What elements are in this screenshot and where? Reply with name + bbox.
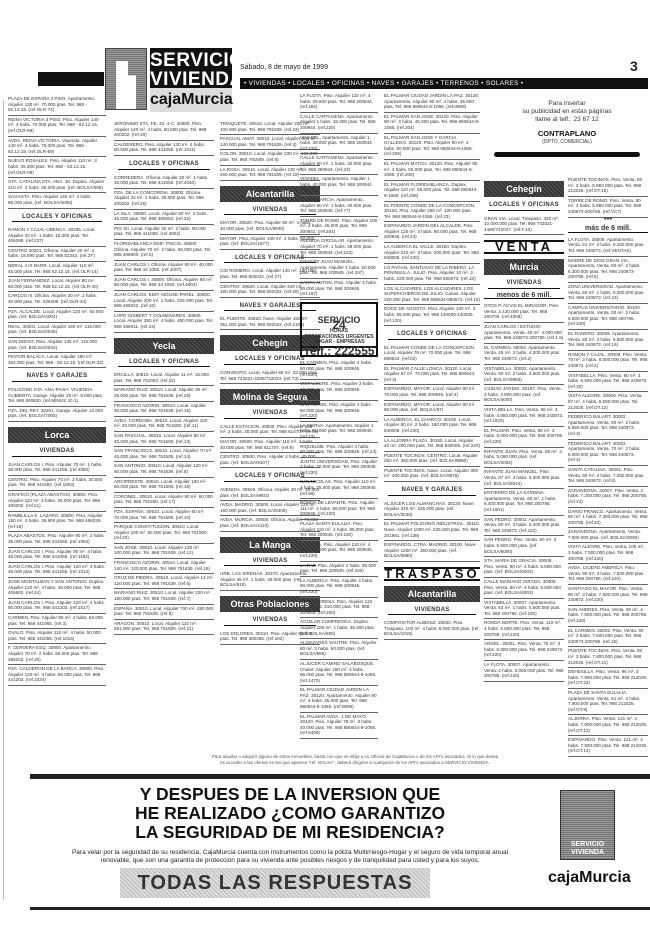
classified-ad: OVALO. Piso. Alquiler 110 m². 4 habs. 50… [8, 629, 106, 644]
classified-ad: AVENIDA CIRCULAR. Apartamento. Alquiler … [300, 237, 378, 258]
classified-ad: JERONIMO STA. FE, 43, 4-C. 30800. Piso. … [114, 120, 214, 141]
classified-ad: AVDA. REINA VICTORIA. Vivienda. Alquiler… [8, 137, 106, 158]
classified-ad: RAMON Y CAJAL-UBENCA. 30205. Local. Alqu… [8, 226, 106, 247]
classified-ad: ALGEZARES SAUTRE. Piso. Alquiler 80 m². … [300, 639, 378, 660]
classified-ad: ESPINARDO. CTRA. MADRID. 30100. Nave. Al… [384, 541, 480, 562]
classified-ad: NUEVO ROSALES. Piso. Alquiler 110 m². 3 … [8, 157, 106, 178]
classified-ad: RONDA DE LEVANTE. Piso. Alquiler 111 m².… [300, 499, 378, 520]
section-header: VIVIENDAS [388, 608, 476, 616]
classified-ad: PZA. DE LA CONCORDIA. 30800. Oficina. Al… [114, 189, 214, 210]
slogan-banner: TODAS LAS RESPUESTAS [120, 868, 430, 898]
classified-ad: LA FLOTA. Piso. Alquiler 110 m². 4 habs.… [300, 541, 378, 562]
classified-ad: VISTABELLA. 30002. Apartamento. Venta. 6… [484, 365, 564, 386]
classified-ad: ESPAÑA. 30510. Local. Alquiler 700 m². 2… [114, 605, 214, 620]
classified-ad: INFANTE JUAN. Piso. Venta. 80 m². 3 habs… [484, 448, 564, 469]
town-banner: Murcia [484, 259, 564, 275]
classified-ad: EL PALMAR SAN JOSE. 30120. Piso. Alquile… [384, 113, 480, 134]
classified-ad: SAN NICOLAS. Piso. Alquiler 110 m². 4 ha… [300, 478, 378, 499]
column-6: Cehegín LOCALES Y OFICINAS GRAN VIA. Loc… [484, 176, 564, 682]
classified-ad: VISTA ALEGRE. 30009. Piso. Venta. 87 m².… [568, 392, 648, 413]
classified-ad: ESPINARDO. MAYOR. Local. Alquiler 90 m².… [384, 385, 480, 400]
classified-ad: AVDA. CIUDAD AMERICA. Piso. Venta. 90 m²… [568, 564, 648, 585]
classified-ad: ENTIERRO DE LA SARDINA. Apartamento. Ven… [484, 489, 564, 515]
brush-divider [494, 152, 640, 157]
ads-group: RAMON Y CAJAL-UBENCA. 30205. Local. Alqu… [8, 226, 106, 368]
promo-phone: llame al telf.: 23 67 12 [484, 116, 650, 124]
classified-ad: F. CERVERA ESQ. 30800. Apartamento. Alqu… [8, 644, 106, 665]
section-header: VIVIENDAS [488, 281, 560, 289]
classified-ad: CORREDERA. Oficina. Alquiler 20 m². 1 ha… [114, 174, 214, 189]
section-header: LOCALES Y OFICINAS [118, 360, 210, 368]
classified-ad: EL CARMEN. 30002. Piso. Venta. 90 m². 3 … [568, 627, 648, 648]
classified-ad: EL CARMEN. 30002. Apartamento. Venta. 45… [484, 344, 564, 365]
classified-ad: VISTA BELLA. Piso. Venta. 60 m². 3 habs.… [484, 406, 564, 427]
classified-ad: MARIANO RUIZ. 30510. Local. Alquiler 220… [114, 589, 214, 604]
column-2: JERONIMO STA. FE, 43, 4-C. 30800. Piso. … [114, 120, 214, 635]
cajamurcia-brand: cajaMurcia [548, 869, 631, 887]
classified-ad: LO PAGAN. SANTIAGO DE LA RIBERA. LA PENI… [384, 264, 480, 285]
classified-ad: EL PALMAR AVDA. 1 DE MAYO. 30120. Piso. … [300, 713, 378, 739]
classified-ad: VISTABELLA. 30007. Apartamento. Venta. 6… [484, 599, 564, 620]
ads-group: COMPOSITOR ALBENIZ. 30820. Piso. Traspas… [384, 619, 480, 640]
classified-ad: SAN JOSE. 30510. Local. Alquiler 120 m².… [114, 544, 214, 559]
classified-ad: SAN ANDRES. Piso. Venta. 90 m². 4 habs. … [568, 606, 648, 627]
column-5: EL PALMAR CIUDAD JARDIN LA PAZ. 30120. A… [384, 92, 480, 640]
page-margin-line [3, 100, 4, 900]
classified-ad: JUAN CARLOS I. Piso. Alquiler 120 m². 4 … [8, 599, 106, 614]
subsection-header: menos de 6 mill. [484, 293, 564, 300]
classified-ad: SANTA ANTON. Piso. Alquiler 3 habs. 50.0… [300, 279, 378, 300]
classified-ad: CARMEN. Piso. Alquiler 90 m². 4 habs. 50… [8, 614, 106, 629]
classified-ad: FEDERICO BALART. 30002. Apartamento. Ven… [568, 440, 648, 466]
servicio-vivienda-small-logo: SERVICIOVIVIENDA [560, 790, 615, 860]
classified-ad: LA ALBERCA EL VALLE. 30150. Duplex. Alqu… [384, 243, 480, 264]
classified-ad: INFANTE JUAN MANUEL. Apartamento. Alquil… [300, 258, 378, 279]
ads-group: LA FLOTA. 30009. Apartamento. Venta. 61 … [568, 236, 648, 757]
classified-ad: EL PALMAR SAN JOSE Y GARCIA GALLEGO. 301… [384, 134, 480, 160]
classified-ad: EL RANERO. 30009. Apartamento. Venta. 60… [568, 330, 648, 351]
page-number: 3 [630, 58, 638, 74]
classified-ad: LOPE GISBERT Y COLMENARES. 30800. Local.… [114, 312, 214, 333]
classified-ad: CENTRO 30201. Oficina. Alquiler 20 m². 2… [8, 247, 106, 262]
headline-line-1: Y DESPUES DE LA INVERSION QUE [100, 785, 480, 804]
classified-ad: RIQUELME. Piso. Alquiler 3 habs. 60.000 … [300, 443, 378, 458]
classified-ad: ALJUCER CAMINO SALABOSQUE. Chalet. Alqui… [300, 660, 378, 686]
classified-ad: JUAN CARLOS I. Oficina. Alquiler 60 m². … [114, 261, 214, 276]
classified-ad: VINADEL. Apartamento. Alquiler 1 habs. 3… [300, 134, 378, 155]
separator: *** [568, 218, 648, 224]
classified-ad: CALDERERO. Piso. Alquiler 130 m². 4 habs… [114, 141, 214, 156]
classified-ad: LA ALBERCA. Piso. Alquiler 4 habs. 90.00… [300, 577, 378, 598]
classified-ad: LA ALBERCA. EL CHARCO. 30150. Local. Alq… [384, 416, 480, 437]
classified-ad: DARIO FRANCO. Apartamento. Venta. 50 m².… [568, 508, 648, 529]
ad-body: Para velar por la seguridad de su reside… [30, 849, 550, 865]
classified-ad: PLAZA DE ESPAÑA 3 PISO. Apartamento. Alq… [8, 95, 106, 116]
classified-ad: LA FLOTA. Piso. Alquiler 110 m². 4 habs.… [300, 92, 378, 113]
small-logo-line-2: VIVIENDA [561, 849, 614, 857]
classified-ad: PARQUE CONSTITUCION. 30510. Local. Alqui… [114, 523, 214, 544]
classified-ad: POLIGONO STA. ANA-PAVIA. VIVIENDA CUBIER… [8, 386, 106, 407]
classified-ad: DEHESILLA. Piso. Venta. 96 m². 3 habs. 7… [568, 668, 648, 689]
section-header: LOCALES Y OFICINAS [118, 162, 210, 170]
classified-ad: PZA. ALCALDE. Local. Alquiler 120 m². 60… [8, 308, 106, 323]
classified-ad: PLAZA ABASTOS. Piso. Alquiler 90 m². 2 h… [8, 532, 106, 547]
classified-ad: EL PALMAR FLORIDABLANCA. Duplex. Alquile… [384, 181, 480, 202]
classified-ad: NERAL 4 IX BARR. Local. Alquiler 110 m².… [8, 262, 106, 277]
classified-ad: EL CARMEN. Piso. Alquiler 4 habs. 60.000… [300, 359, 378, 380]
section-header: VIVIENDAS [12, 449, 102, 457]
classified-ad: CORONEL. 30510. Local. Alquiler 80 m². 6… [114, 493, 214, 508]
classified-ad: EL PALMAR CIUDAD JARDIN LA PAZ. 30120. A… [384, 92, 480, 113]
ads-group: LO PAGAN. SANTIAGO DE LA RIBERA. LA PENI… [384, 264, 480, 326]
section-header: NAVES Y GARAJES [388, 488, 476, 496]
classified-ad: INFANTE JUAN MANUEL. Piso. Venta. 87 m².… [484, 468, 564, 489]
classified-ad: ARAGON. 30510. Local. Alquiler 110 m². 2… [114, 620, 214, 635]
classified-ad: FLORIDABLANCA EDIF. PISCIS. 30800. Ofici… [114, 240, 214, 261]
classified-ad: CAMPUS UNIVERSITARIO. 30100. Apartamento… [568, 304, 648, 330]
ads-group: ALJUCER LOS ALMANCHAS. 30120. Nave. Alqu… [384, 500, 480, 562]
footer-note-line-2: es acceder a las ofertas en las que apar… [60, 760, 650, 766]
promo-dept: (DPTO. COMERCIAL) [484, 138, 650, 146]
ads-group: LA FLOTA. Piso. Alquiler 110 m². 4 habs.… [300, 92, 378, 300]
classified-ad: CENTRO. Piso. Alquiler 70 m². 2 habs. 30… [8, 476, 106, 491]
classified-ad: PINTOR BALACA. Local. Alquiler 180 m². 3… [8, 353, 106, 368]
category-bar: • VIVIENDAS • LOCALES • OFICINAS • NAVES… [240, 78, 648, 89]
classified-ad: ALJUCER LOS ALMANCHAS. 30120. Nave. Alqu… [384, 500, 480, 521]
promo-company: CONTRAPLANO [484, 130, 650, 138]
classified-ad: VINADEL. Apartamento. Alquiler 1 habs. 4… [300, 175, 378, 196]
classified-ad: JUNTO UNIVERSIDAD. Piso. Alquiler 3 habs… [300, 458, 378, 479]
section-header: LOCALES Y OFICINAS [388, 332, 476, 340]
house-logo-icon [105, 48, 147, 110]
classified-ad: JUAN CARLOS I ESTUDIO. Apartamento. Vent… [484, 323, 564, 344]
body-line-2: renovable, que son una garantía de prote… [30, 857, 550, 865]
classified-ad: PUENTE TOCINOS. Piso. Venta. 90 m². 3 ha… [568, 647, 648, 668]
classified-ad: CRUZ DE PIEDRA. 30510. Local. Alquiler 1… [114, 574, 214, 589]
classified-ad: PUENTE TOCINOS. CENTRO. Local. Alquiler … [384, 452, 480, 467]
ads-group: POLIGONO STA. ANA-PAVIA. VIVIENDA CUBIER… [8, 386, 106, 422]
bottom-rule [30, 907, 650, 910]
ads-group: JUAN CARLOS I. Piso. Alquiler 70 m². 1 h… [8, 461, 106, 686]
classified-ad: JUAN CARLOS I. Piso. Alquiler 90 m². 4 h… [8, 548, 106, 563]
classified-ad: EL PALMAR CIUDAD JARDIN LA PAZ. 30120. A… [300, 686, 378, 712]
logo-title-line2: VIVIENDA [150, 70, 232, 89]
classified-ad: CALLE CARTAGENA. Apartamento. Alquiler 1… [300, 113, 378, 134]
classified-ad: ESPINARDO. MAYOR. Local. Alquiler 90 m².… [384, 401, 480, 416]
classified-ad: GRAFICO (PLAZA ABASTOS). 30800. Piso. Al… [8, 491, 106, 512]
classified-ad: FEDERICO BALART. 30002. Apartamento. Ven… [568, 413, 648, 439]
classified-ad: SAN PASCUAL. 30510. Local. Alquiler 60 m… [114, 432, 214, 447]
classified-ad: SANTA TERESA. Piso. Alquiler 122 m². 4 h… [300, 598, 378, 619]
classified-ad: CARLOS III. Oficina. Alquiler 20 m². 2 h… [8, 292, 106, 307]
classified-ad: ZONA UNIVERSIDAD. Apartamento. Venta. 50… [568, 283, 648, 304]
classified-ad: EL PALMAR CONDE DE LA CONCEPCION. Local.… [384, 344, 480, 365]
classified-ad: EL PALMAR CALLE LONCA. 30120. Local. Alq… [384, 365, 480, 386]
classified-ad: TORRE DE ROMO. Piso. Alquiler 100 m². 4 … [300, 217, 378, 238]
promo-line-2: su publicidad en estas páginas [484, 108, 650, 116]
classified-ad: COMPOSITOR ALBENIZ. 30820. Piso. Traspas… [384, 619, 480, 640]
classified-ad: ESPINARDO JARDIN DEL ALCALDE. Piso. Alqu… [384, 222, 480, 243]
classified-ad: LA CIERVA. Apartamento. Alquiler 1 habs.… [300, 422, 378, 443]
classified-ad: FRANCISCO AZORIN. 30510. Local. Alquiler… [114, 559, 214, 574]
ad-headline: Y DESPUES DE LA INVERSION QUE HE REALIZA… [100, 785, 480, 842]
section-header: LOCALES Y OFICINAS [12, 215, 102, 223]
classified-ad: REAL. 30201. Local. Alquiler 190 m². 115… [8, 323, 106, 338]
classified-ad: JUAN CARLOS I. 30800. Oficina. Alquiler … [114, 276, 214, 291]
headline-line-2: HE REALIZADO ¿COMO GARANTIZO [100, 804, 480, 823]
classified-ad: LA ALJORRA PLAZA. 30150. Local. Alquiler… [384, 437, 480, 452]
column-1: PLAZA DE ESPAÑA 3 PISO. Apartamento. Alq… [8, 95, 106, 686]
ads-group: EL PALMAR CIUDAD JARDIN LA PAZ. 30120. A… [384, 92, 480, 264]
venta-header: VENTA [484, 240, 564, 254]
classified-ad: PUENTE TOCINOS. Piso. Venta. 80 m². 3 ha… [568, 176, 648, 197]
classified-ad: REINA VICTORIA 3 PISO. Piso. Alquiler 14… [8, 116, 106, 137]
classified-ad: PUENTE TOCINOS. Nave. Local. Alquiler 30… [384, 467, 480, 482]
classified-ad: ZARANDONA. 30007. Piso. Venta. 4 habs. 7… [568, 487, 648, 508]
classified-ad: LA ISLA. 30800. Local. Alquiler 50 m². 2… [114, 210, 214, 225]
classified-ad: LA PAZ. Piso. Alquiler 4 habs. 90.000 pt… [300, 562, 378, 577]
classified-ad: OTOS P. ACVIS EL MIRADOR. Piso. Venta. 3… [484, 302, 564, 323]
classified-ad: PLAZA DE SANTA EULALIA. Apartamento. Ven… [568, 689, 648, 715]
issue-date: Sábado, 8 de mayo de 1999 [240, 64, 328, 71]
classified-ad: ARCIPRESTE. 30510. Local. Alquiler 100 m… [114, 478, 214, 493]
classified-ad: LA FLOTA. 30009. Apartamento. Venta. 61 … [568, 236, 648, 257]
divider-rule [30, 774, 650, 779]
classified-ad: EL PALMAR POLIGONO INDUSTRIAL. 30110. Na… [384, 520, 480, 541]
classified-ad: PLAZA SANTA EULALIA. Piso. Alquiler 110 … [300, 520, 378, 541]
classified-ad: PZA. DEL REY. 30201. Garaje. Alquiler 12… [8, 407, 106, 422]
classified-ad: SAN FRANCISCO. 30510. Local. Alquiler 70… [114, 447, 214, 462]
column-4: LA FLOTA. Piso. Alquiler 110 m². 4 habs.… [300, 92, 378, 739]
classified-ad: SAN PEDRO. Piso. Venta. 80 m². 3 habs. 5… [484, 536, 564, 557]
repair-service-ad: SERVICIO 24 HORAS REPARACIONES URGENTES … [300, 302, 378, 358]
classified-ad: DOCE DE AGOSTO. Piso. Alquiler 100 m². 3… [384, 305, 480, 326]
classified-ad: SIMON GARCIA. Apartamento. Alquiler 80 m… [300, 196, 378, 217]
ads-group: EL PALMAR CONDE DE LA CONCEPCION. Local.… [384, 344, 480, 482]
classified-ad: TORRE DE ROMO. Piso. Venta. 90 m². 3 hab… [568, 197, 648, 218]
classified-ad: EL PALMAR MATCH. 30120. Piso. Alquiler 9… [384, 160, 480, 181]
cajamurcia-logo: cajaMurcia [150, 88, 232, 112]
ads-group: PLAZA DE ESPAÑA 3 PISO. Apartamento. Alq… [8, 95, 106, 209]
section-header: NAVES Y GARAJES [12, 374, 102, 382]
classified-ad: SAGASTA. Piso. Alquiler 145 m². 4 habs. … [8, 193, 106, 208]
subsection-header: más de 6 mill. [568, 226, 648, 233]
masthead-bar [38, 72, 104, 86]
town-banner: Yecla [114, 338, 214, 354]
classified-ad: EL PALMAR. Piso. Venta. 95 m². 3 habs. 5… [484, 427, 564, 448]
classified-ad: ZARANDONA. Apartamento. Venta. 7.500.000… [568, 528, 648, 543]
classified-ad: SAN PEDRO. 30002. Apartamento. Venta. 80… [484, 516, 564, 537]
classified-ad: STA. MARIA DE GRACIA. 30009. Piso. Venta… [484, 557, 564, 578]
town-banner: Lorca [8, 427, 106, 443]
classified-ad: GRAN VIA. Local. Traspaso. 320 m². 10.00… [484, 215, 564, 236]
classified-ad: RAMON Y CAJAL. 30009. Piso. Venta. 70 m²… [568, 351, 648, 372]
ads-group: GRAN VIA. Local. Traspaso. 320 m². 10.00… [484, 215, 564, 236]
classified-ad: RAMBLILLA S. LAZARO. 30800. Piso. Alquil… [8, 512, 106, 533]
ads-group: OTOS P. ACVIS EL MIRADOR. Piso. Venta. 3… [484, 302, 564, 682]
headline-line-3: LA SEGURIDAD DE MI RESIDENCIA? [100, 823, 480, 842]
classified-ad: CALLE MARIANO GIRADA. 30009. Piso. Venta… [484, 578, 564, 599]
classified-ad: AGUILAR CUMPRENCA. Duplex. Alquiler 180 … [300, 618, 378, 639]
small-logo-line-1: SERVICIO [561, 841, 614, 849]
traspaso-header: TRASPASO [384, 567, 480, 581]
classified-ad: MADRE DE DIOS GRAN VIA. Apartamento. Ven… [568, 257, 648, 283]
column-7: PUENTE TOCINOS. Piso. Venta. 80 m². 3 ha… [568, 176, 648, 757]
classified-ad: ALJORRA. Piso. Venta. 121 m². 4 habs. 7.… [568, 715, 648, 736]
classified-ad: SAN ANTONIO. 30510. Local. Alquiler 120 … [114, 462, 214, 477]
classified-ad: STA. CATALINA STA. ANA. 30. Duplex. Alqu… [8, 178, 106, 193]
classified-ad: CIUDAD JARDIN. 30167. Piso. Venta. 3 hab… [484, 385, 564, 406]
classified-ad: VISTALEGRE. Piso. Alquiler 3 habs. 60.00… [300, 380, 378, 401]
classified-ad: JUAN FERNANDEZ. Local. Alquiler 80 m². 6… [8, 277, 106, 292]
classified-ad: PZA. ESPAÑA. 30510. Local. Alquiler 60 m… [114, 508, 214, 523]
ads-group: JERONIMO STA. FE, 43, 4-C. 30800. Piso. … [114, 120, 214, 156]
classified-ad: JUAN CARLOS I. Piso. Alquiler 70 m². 1 h… [8, 461, 106, 476]
ads-group: PUENTE TOCINOS. Piso. Venta. 80 m². 3 ha… [568, 176, 648, 218]
classified-ad: AVDA. CORDOBA. 30510. Local. Alquiler 10… [114, 417, 214, 432]
advertising-promo: Para insertar su publicidad en estas pág… [484, 100, 650, 159]
logo-title-line1: SERVICIO [150, 51, 232, 70]
classified-ad: CALLE CARTAGENA. Apartamento. Alquiler 6… [300, 154, 378, 175]
classified-ad: PZA. CALDERON DE LA BARCA. 30800. Piso. … [8, 665, 106, 686]
town-banner: Alcantarilla [384, 586, 480, 602]
classified-ad: SANTA CATALINA. 30001. Piso. Venta. 90 m… [568, 466, 648, 487]
classified-ad: EL PUENTE CONDE DE LA CONCEPCION. 30120.… [384, 202, 480, 223]
classified-ad: SAN DIEGO. Piso. Alquiler 145 m². 115.00… [8, 338, 106, 353]
classified-ad: SAN ANTON. Piso. Alquiler 4 habs. 60.000… [300, 401, 378, 422]
classified-ad: LA FLOTA. 30007. Apartamento. Venta. 4 h… [484, 661, 564, 682]
promo-line-1: Para insertar [484, 100, 650, 108]
classified-ad: ANGEL. 30001. Piso. Venta. 75 m². 3 habs… [484, 640, 564, 661]
section-header: LOCALES Y OFICINAS [488, 203, 560, 211]
footer-note: Para alquilar o adquirir alguno de estos… [60, 754, 650, 766]
classified-ad: JUAN CARLOS. EDIF. MOUSE-PAREL. 30800. L… [114, 291, 214, 312]
classified-ad: MARIANO RUIZ. 30510. Local. Alquiler 90 … [114, 386, 214, 401]
classified-ad: JUAN CARLOS I. Piso. Alquiler 120 m². 4 … [8, 563, 106, 578]
classified-ad: RONDA NORTE. Piso. Venta. 110 m². 4 habs… [484, 619, 564, 640]
ads-group: EL CARMEN. Piso. Alquiler 4 habs. 60.000… [300, 359, 378, 739]
town-banner: Cehegín [484, 181, 564, 197]
ads-group: CORREDERA. Oficina. Alquiler 20 m². 1 ha… [114, 174, 214, 333]
classified-ad: PIO XII. Local. Alquiler 30 m². 2 habs. … [114, 225, 214, 240]
ads-group: ERCILLA. 30510. Local. Alquiler 11 m². 1… [114, 371, 214, 635]
phone-number: Telf.: 222555 [302, 346, 376, 356]
classified-ad: VISTABELLA. Piso. Venta. 80 m². 3 habs. … [568, 372, 648, 393]
body-line-1: Para velar por la seguridad de su reside… [30, 849, 550, 857]
classified-ad: LOS ALCAZARES. LOS ALCAZARES. LOS SUPERC… [384, 285, 480, 306]
classified-ad: SANTIAGO EL MAYOR. Piso. Venta. 90 m². 3… [568, 585, 648, 606]
classified-ad: FRANCISCO AZORIN. 30510. Local. Alquiler… [114, 402, 214, 417]
classified-ad: ERCILLA. 30510. Local. Alquiler 11 m². 1… [114, 371, 214, 386]
classified-ad: VISTA ALEGRE. Piso. Venta. 105 m². 3 hab… [568, 543, 648, 564]
classified-ad: JOSE MONTALBAN Y SAN ANTONIO. Duplex. Al… [8, 578, 106, 599]
